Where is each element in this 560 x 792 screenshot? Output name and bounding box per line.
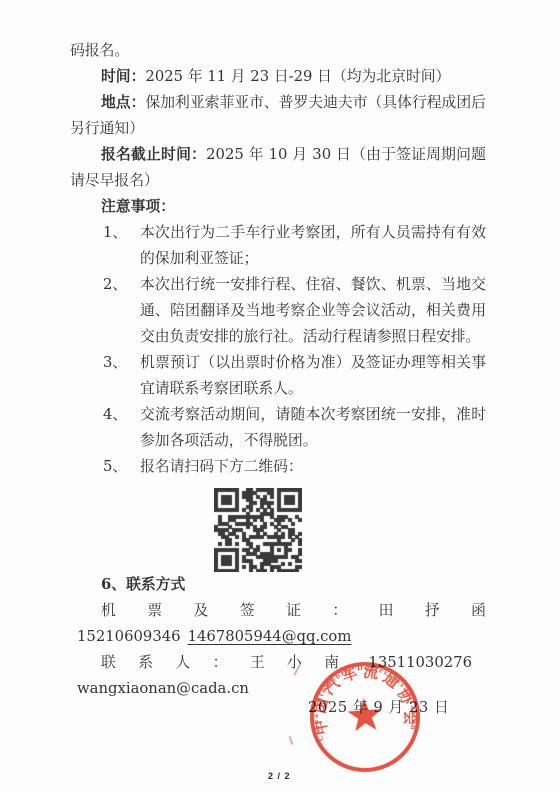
contact-person: 田抒函 xyxy=(379,602,486,619)
registration-qr-code xyxy=(214,488,302,572)
note-item-4: 4、交流考察活动期间，请随本次考察团统一安排，准时参加各项活动，不得脱团。 xyxy=(140,402,486,454)
info-line-time: 时间：2025 年 11 月 23 日-29 日（均为北京时间） xyxy=(70,64,486,90)
contact-label: 联系人： xyxy=(101,654,250,671)
note-item-2: 2、本次出行统一安排行程、住宿、餐饮、机票、当地交通、陪团翻译及当地考察企业等会… xyxy=(140,272,486,350)
deadline-label: 报名截止时间： xyxy=(101,146,206,163)
note-text: 本次出行为二手车行业考察团，所有人员需持有有效的保加利亚签证； xyxy=(140,224,486,267)
note-text: 报名请扫码下方二维码： xyxy=(140,458,303,475)
ink-speck xyxy=(289,736,294,745)
note-text: 交流考察活动期间，请随本次考察团统一安排，准时参加各项活动，不得脱团。 xyxy=(140,406,486,449)
info-line-location: 地点：保加利亚索菲亚市、普罗夫迪夫市（具体行程成团后另行通知） xyxy=(70,90,486,142)
notes-heading: 注意事项： xyxy=(70,194,486,220)
contact-heading: 6、联系方式 xyxy=(70,572,486,598)
location-label: 地点： xyxy=(101,94,145,111)
official-seal: China Automobile Dealers Association 中国汽… xyxy=(304,656,426,778)
note-text: 机票预订（以出票时价格为准）及签证办理等相关事宜请联系考察团联系人。 xyxy=(140,354,486,397)
note-item-3: 3、机票预订（以出票时价格为准）及签证办理等相关事宜请联系考察团联系人。 xyxy=(140,350,486,402)
document-body: 码报名。 时间：2025 年 11 月 23 日-29 日（均为北京时间） 地点… xyxy=(70,38,486,702)
svg-text:中国汽车流通协会: 中国汽车流通协会 xyxy=(307,659,421,737)
contact-label: 机票及签证： xyxy=(101,602,379,619)
notes-list: 1、本次出行为二手车行业考察团，所有人员需持有有效的保加利亚签证； 2、本次出行… xyxy=(70,220,486,480)
contact-email: wangxiaonan@cada.cn xyxy=(77,680,249,697)
note-number: 3、 xyxy=(103,350,127,376)
seal-chinese-text: 中国汽车流通协会 xyxy=(307,659,421,737)
note-text: 本次出行统一安排行程、住宿、餐饮、机票、当地交通、陪团翻译及当地考察企业等会议活… xyxy=(140,276,486,345)
continuation-text: 码报名。 xyxy=(70,38,486,64)
note-item-5: 5、报名请扫码下方二维码： xyxy=(140,454,486,480)
contact-email: 1467805944@qq.com xyxy=(188,628,352,645)
seal-star xyxy=(347,697,383,732)
contact-phone: 15210609346 xyxy=(77,628,181,645)
time-label: 时间： xyxy=(101,68,145,85)
note-number: 5、 xyxy=(103,454,127,480)
info-line-deadline: 报名截止时间：2025 年 10 月 30 日（由于签证周期问题请尽早报名） xyxy=(70,142,486,194)
note-number: 2、 xyxy=(103,272,127,298)
page-number: 2 / 2 xyxy=(268,763,291,789)
contact-line-tickets-visa: 机票及签证：田抒函152106093461467805944@qq.com xyxy=(70,598,486,650)
time-value: 2025 年 11 月 23 日-29 日（均为北京时间） xyxy=(145,68,450,85)
note-number: 4、 xyxy=(103,402,127,428)
note-item-1: 1、本次出行为二手车行业考察团，所有人员需持有有效的保加利亚签证； xyxy=(140,220,486,272)
note-number: 1、 xyxy=(103,220,127,246)
document-page: 码报名。 时间：2025 年 11 月 23 日-29 日（均为北京时间） 地点… xyxy=(0,0,560,792)
